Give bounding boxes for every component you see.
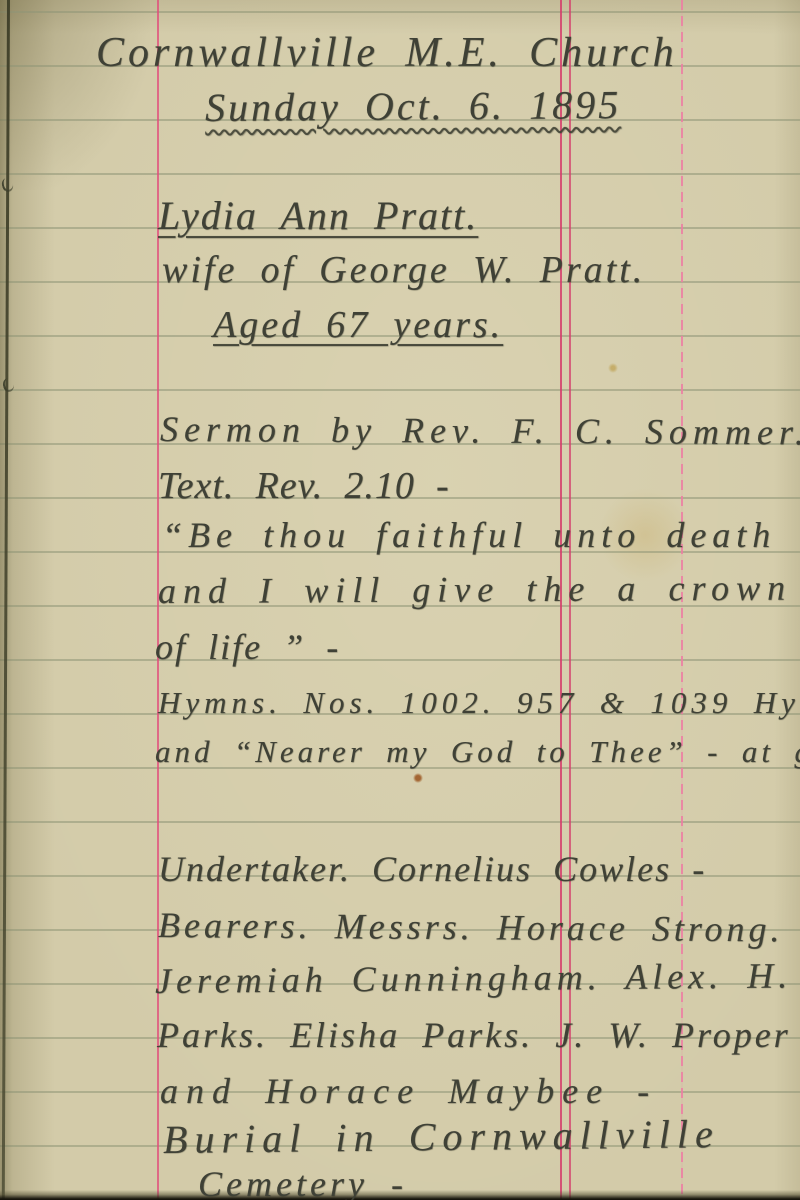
hw-line-bearers-3: Parks. Elisha Parks. J. W. Proper (157, 1014, 791, 1057)
hw-line-burial: Burial in Cornwallville (163, 1110, 720, 1164)
hw-line-sermon: Sermon by Rev. F. C. Sommer. (160, 408, 800, 455)
hw-line-undertaker: Undertaker. Cornelius Cowles - (158, 848, 706, 891)
hw-line-church-title: Cornwallville M.E. Church (96, 28, 678, 78)
hw-line-quote-2: and I will give the a crown (158, 567, 792, 614)
hw-line-hymns-2: and “Nearer my God to Thee” - at grave (155, 733, 800, 770)
hw-line-hymns-1: Hymns. Nos. 1002. 957 & 1039 Hymnal (158, 684, 800, 721)
hw-line-bearers-2: Jeremiah Cunningham. Alex. H. (155, 954, 793, 1003)
hw-line-quote-1: “Be thou faithful unto death (162, 514, 776, 557)
hw-line-bearers-1: Bearers. Messrs. Horace Strong. (158, 904, 784, 952)
hw-line-deceased-name: Lydia Ann Pratt. (158, 192, 478, 240)
hw-line-date: Sunday Oct. 6. 1895 (205, 81, 621, 132)
hw-line-quote-3: of life ” - (155, 626, 340, 669)
hw-line-text-ref: Text. Rev. 2.10 - (158, 464, 450, 510)
scanned-ledger-page: Cornwallville M.E. Church Sunday Oct. 6.… (0, 0, 800, 1200)
hw-line-age: Aged 67 years. (213, 303, 503, 349)
hw-line-relation: wife of George W. Pratt. (162, 248, 645, 294)
hw-line-cemetery: Cemetery - (198, 1163, 407, 1200)
hw-line-bearers-4: and Horace Maybee - (160, 1070, 657, 1113)
